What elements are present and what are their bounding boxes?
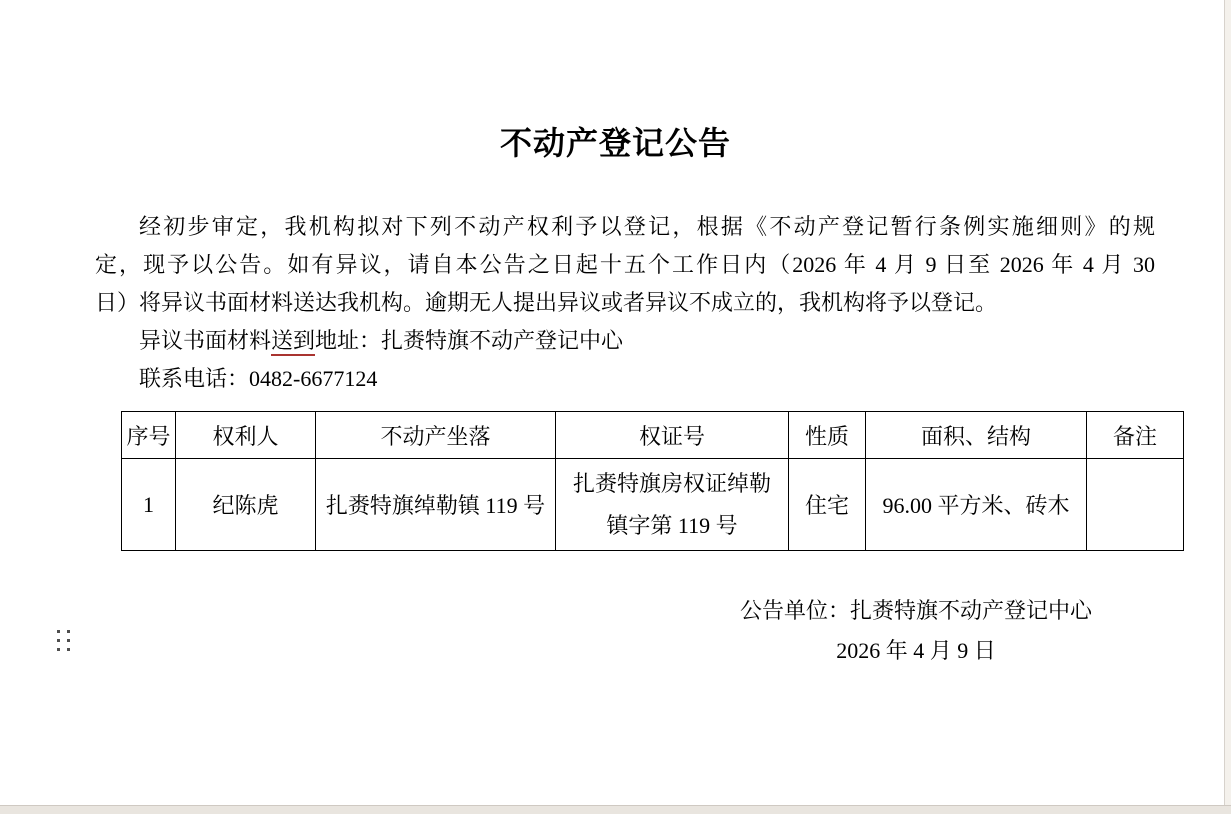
footer: 公告单位：扎赉特旗不动产登记中心 2026 年 4 月 9 日 (0, 591, 1231, 671)
cell-seq: 1 (122, 459, 176, 551)
cell-location: 扎赉特旗绰勒镇 119 号 (316, 459, 556, 551)
address-line-prefix: 异议书面材料 (139, 328, 271, 353)
header-seq: 序号 (122, 412, 176, 459)
header-certificate-no: 权证号 (556, 412, 789, 459)
document-page: 不动产登记公告 经初步审定，我机构拟对下列不动产权利予以登记，根据《不动产登记暂… (0, 0, 1231, 814)
header-holder: 权利人 (176, 412, 316, 459)
notice-paragraph: 经初步审定，我机构拟对下列不动产权利予以登记，根据《不动产登记暂行条例实施细则》… (95, 208, 1155, 398)
cell-remark (1087, 459, 1184, 551)
paragraph-line: 日）将异议书面材料送达我机构。逾期无人提出异议或者异议不成立的，我机构将予以登记… (95, 284, 1155, 322)
issuer-line: 公告单位：扎赉特旗不动产登记中心 (740, 591, 1092, 631)
header-location: 不动产坐落 (316, 412, 556, 459)
cell-holder: 纪陈虎 (176, 459, 316, 551)
address-line: 异议书面材料送到地址：扎赉特旗不动产登记中心 (95, 322, 1155, 360)
table-row: 1 纪陈虎 扎赉特旗绰勒镇 119 号 扎赉特旗房权证绰勒镇字第 119 号 住… (122, 459, 1184, 551)
phone-line: 联系电话：0482-6677124 (95, 360, 1155, 398)
drag-handle-icon[interactable] (57, 630, 70, 651)
paragraph-line: 定，现予以公告。如有异议，请自本公告之日起十五个工作日内（2026 年 4 月 … (95, 246, 1155, 284)
footer-block: 公告单位：扎赉特旗不动产登记中心 2026 年 4 月 9 日 (740, 591, 1092, 671)
paragraph-line: 经初步审定，我机构拟对下列不动产权利予以登记，根据《不动产登记暂行条例实施细则》… (95, 208, 1155, 246)
cell-nature: 住宅 (789, 459, 866, 551)
page-edge-right (1224, 0, 1231, 814)
cell-certificate-no: 扎赉特旗房权证绰勒镇字第 119 号 (556, 459, 789, 551)
header-area-structure: 面积、结构 (866, 412, 1087, 459)
date-line: 2026 年 4 月 9 日 (740, 631, 1092, 671)
address-line-suffix: 地址：扎赉特旗不动产登记中心 (315, 328, 623, 353)
header-remark: 备注 (1087, 412, 1184, 459)
header-nature: 性质 (789, 412, 866, 459)
cell-area-structure: 96.00 平方米、砖木 (866, 459, 1087, 551)
registration-table: 序号 权利人 不动产坐落 权证号 性质 面积、结构 备注 1 纪陈虎 扎赉特旗绰… (121, 411, 1184, 551)
spellcheck-underlined-text: 送到 (271, 328, 315, 356)
page-edge-bottom (0, 805, 1231, 814)
page-title: 不动产登记公告 (0, 0, 1231, 160)
table-header-row: 序号 权利人 不动产坐落 权证号 性质 面积、结构 备注 (122, 412, 1184, 459)
